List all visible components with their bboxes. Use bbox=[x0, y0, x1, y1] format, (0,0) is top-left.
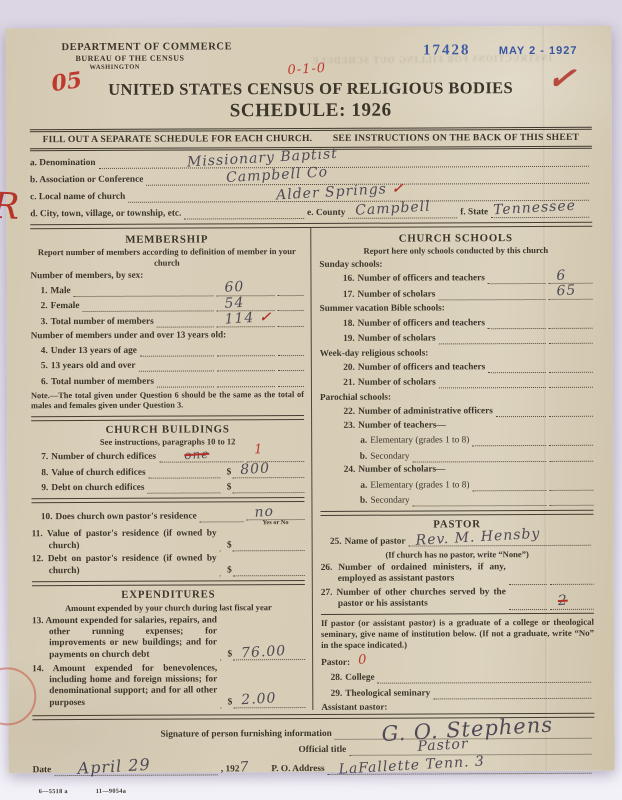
date-value: April 29 bbox=[77, 756, 151, 779]
question-label: Elementary (grades 1 to 8) bbox=[370, 436, 469, 447]
question-label: Number of officers and teachers bbox=[358, 318, 485, 330]
answer-tail bbox=[278, 343, 304, 356]
question-number: 25. bbox=[321, 536, 342, 547]
dollar-sign: $ bbox=[227, 540, 232, 551]
members-by-sex-label: Number of members, by sex: bbox=[30, 269, 303, 281]
question-label: Debt on church edifices bbox=[51, 483, 144, 494]
pastor-graduate-row: Pastor: 0 bbox=[321, 652, 594, 669]
question-number: 24. bbox=[334, 465, 355, 476]
question-number: 4. bbox=[31, 346, 48, 357]
question-label: Does church own pastor's residence bbox=[55, 512, 196, 524]
q22-row: 22. Number of administrative officers bbox=[320, 404, 593, 418]
question-number: 23. bbox=[334, 421, 355, 432]
association-row: b. Association or Conference Campbell Co bbox=[30, 170, 592, 185]
dollar-sign: $ bbox=[227, 467, 232, 478]
dotted-leader bbox=[220, 563, 221, 576]
section-divider bbox=[31, 497, 304, 503]
question-label: 26. Number of ordained ministers, if any… bbox=[321, 562, 506, 585]
church-name-label: c. Local name of church bbox=[30, 191, 125, 202]
denomination-field: Missionary Baptist bbox=[99, 153, 589, 168]
q9-debt-row: 9. Debt on church edifices $ bbox=[31, 480, 304, 494]
received-date-stamp: MAY 2 - 1927 bbox=[499, 45, 578, 58]
scanned-census-form-photo: R INSTRUCTIONS FOR FILLING OUT SCHEDULE … bbox=[0, 0, 622, 800]
question-label: Number of officers and teachers bbox=[358, 362, 485, 374]
question-number: 21. bbox=[334, 378, 355, 389]
q16-value: 6 bbox=[556, 267, 567, 284]
dotted-leader bbox=[220, 695, 221, 708]
question-label: Male bbox=[51, 286, 71, 297]
question-number: 22. bbox=[334, 407, 355, 418]
money-answer: $800 bbox=[224, 465, 305, 478]
serial-number-stamp: 17428 bbox=[423, 42, 471, 60]
q24b-row: b. Secondary bbox=[320, 493, 593, 507]
question-number: 17. bbox=[334, 290, 355, 301]
q1-male-row: 1. Male 60 bbox=[30, 283, 303, 297]
association-label: b. Association or Conference bbox=[30, 174, 143, 185]
question-number: 28. bbox=[321, 673, 342, 684]
church-schools-subheading: Report here only schools conducted by th… bbox=[319, 245, 592, 257]
dollar-sign: $ bbox=[227, 483, 232, 494]
money-answer: $76.00 bbox=[224, 647, 305, 660]
dotted-leader bbox=[438, 287, 545, 300]
dollar-sign: $ bbox=[227, 650, 232, 661]
answer-field: 65 bbox=[549, 287, 593, 300]
dotted-leader bbox=[82, 299, 213, 313]
dotted-leader bbox=[413, 493, 547, 507]
dotted-leader bbox=[496, 404, 546, 417]
q8-value: 800 bbox=[240, 461, 271, 479]
question-number: 9. bbox=[31, 483, 48, 494]
dotted-leader bbox=[157, 374, 214, 387]
answer-tail bbox=[278, 314, 304, 327]
section-divider bbox=[31, 415, 304, 421]
answer-field: 800 bbox=[232, 465, 304, 478]
membership-subheading: Report number of members according to de… bbox=[30, 246, 303, 268]
question-number: b. bbox=[350, 452, 367, 463]
q3-value: 114 ✓ bbox=[224, 309, 272, 328]
church-buildings-heading: CHURCH BUILDINGS bbox=[31, 423, 304, 437]
dotted-leader bbox=[488, 360, 546, 373]
answer-tail bbox=[277, 283, 303, 296]
q27-value-struck: 2 bbox=[557, 593, 568, 610]
form-numbers: 6—5518 a 11—9054a bbox=[39, 787, 152, 795]
question-label: Number of scholars bbox=[358, 289, 436, 300]
date-label: Date bbox=[33, 765, 52, 776]
question-label: 11. Value of pastor's residence (if owne… bbox=[32, 529, 217, 552]
q23a-row: a. Elementary (grades 1 to 8) bbox=[320, 433, 593, 447]
question-number: 10. bbox=[31, 512, 52, 523]
question-label: Secondary bbox=[370, 496, 409, 507]
dotted-leader bbox=[140, 343, 214, 356]
q24-row: 24. Number of scholars— bbox=[320, 464, 593, 476]
q6-total-row: 6. Total number of members bbox=[31, 374, 304, 388]
answer-field bbox=[549, 433, 593, 446]
question-label: Number of scholars bbox=[358, 378, 436, 389]
identification-fields: a. Denomination Missionary Baptist b. As… bbox=[30, 153, 592, 219]
answer-field bbox=[549, 449, 593, 462]
answer-field bbox=[549, 360, 593, 373]
answer-field bbox=[217, 343, 275, 356]
answer-tail bbox=[278, 374, 304, 387]
question-label: Number of teachers— bbox=[358, 420, 446, 431]
q2-value: 54 bbox=[224, 294, 245, 312]
question-number: a. bbox=[350, 481, 367, 492]
state-label: f. State bbox=[460, 207, 488, 218]
question-label: Number of scholars bbox=[358, 334, 436, 345]
q5-over13-row: 5. 13 years old and over bbox=[31, 358, 304, 372]
question-label: Number of scholars— bbox=[358, 465, 445, 476]
q14-benevolences-row: 14. Amount expended for benevolences, in… bbox=[32, 663, 305, 710]
question-number: 5. bbox=[31, 361, 48, 372]
q27-row: 27. Number of other churches served by t… bbox=[321, 587, 594, 611]
question-label: Female bbox=[51, 301, 80, 312]
q13-salaries-row: 13. Amount expended for salaries, repair… bbox=[32, 615, 305, 662]
date-year-digit: 7 bbox=[239, 759, 250, 776]
q17-value: 65 bbox=[556, 283, 577, 301]
question-label: Number of officers and teachers bbox=[357, 274, 484, 286]
date-address-row: Date April 29 , 192 7 P. O. Address LaFa… bbox=[33, 757, 595, 776]
q16-row: 16. Number of officers and teachers 6 bbox=[319, 271, 592, 285]
form-title: UNITED STATES CENSUS OF RELIGIOUS BODIES bbox=[30, 78, 592, 100]
answer-field bbox=[233, 538, 305, 551]
q24a-row: a. Elementary (grades 1 to 8) bbox=[320, 478, 593, 492]
dotted-leader bbox=[139, 358, 214, 371]
q18-row: 18. Number of officers and teachers bbox=[320, 315, 593, 329]
answer-field bbox=[549, 331, 593, 344]
question-number: 6. bbox=[31, 377, 48, 388]
form-subtitle: SCHEDULE: 1926 bbox=[30, 99, 592, 124]
state-field: Tennessee bbox=[491, 204, 589, 217]
dotted-leader bbox=[509, 572, 547, 585]
q17-row: 17. Number of scholars 65 bbox=[320, 287, 593, 301]
q26-row: 26. Number of ordained ministers, if any… bbox=[321, 562, 594, 586]
answer-tail bbox=[278, 358, 304, 371]
q25-note: (If church has no pastor, write “None”) bbox=[321, 549, 594, 561]
question-number: 18. bbox=[334, 318, 355, 329]
question-number: 2. bbox=[31, 301, 48, 312]
question-label: Number of church edifices bbox=[51, 452, 156, 463]
red-handwritten-number: 05 bbox=[50, 68, 84, 98]
answer-field bbox=[550, 571, 594, 584]
form-number-1: 6—5518 a bbox=[39, 788, 68, 795]
answer-field bbox=[549, 493, 593, 506]
q8-value-row: 8. Value of church edifices $800 bbox=[31, 465, 304, 479]
dotted-leader bbox=[488, 271, 546, 284]
membership-note: Note.—The total given under Question 6 s… bbox=[31, 390, 304, 412]
official-title-label: Official title bbox=[299, 745, 347, 756]
answer-field bbox=[549, 478, 593, 491]
expenditures-heading: EXPENDITURES bbox=[32, 588, 305, 602]
yes-or-no-caption: Yes or No bbox=[247, 519, 305, 527]
red-margin-letter: R bbox=[0, 186, 20, 228]
date-field: April 29 bbox=[54, 763, 218, 777]
question-label: 13 years old and over bbox=[51, 361, 136, 372]
question-number: b. bbox=[350, 496, 367, 507]
form-number-2: 11—9054a bbox=[96, 787, 126, 794]
graduate-instruction: If pastor (or assistant pastor) is a gra… bbox=[321, 617, 594, 651]
dotted-leader bbox=[439, 331, 546, 344]
money-answer: $ bbox=[224, 563, 305, 576]
official-title-value: Pastor bbox=[417, 736, 469, 755]
red-check-mark: ✓ bbox=[259, 310, 273, 326]
q7-red-value: 1 bbox=[254, 442, 264, 458]
answer-field: 76.00 bbox=[233, 647, 305, 660]
question-number: 19. bbox=[334, 334, 355, 345]
pastor-graduate-mark: 0 bbox=[358, 653, 368, 669]
q7-value-struck: one bbox=[184, 447, 210, 463]
q23b-row: b. Secondary bbox=[320, 449, 593, 463]
address-value: LaFallette Tenn. 3 bbox=[338, 753, 485, 778]
expenditures-subheading: Amount expended by your church during la… bbox=[32, 602, 305, 614]
q3-total-row: 3. Total number of members 114 ✓ bbox=[31, 314, 304, 328]
dollar-sign: $ bbox=[227, 565, 232, 576]
left-column: MEMBERSHIP Report number of members acco… bbox=[30, 228, 313, 711]
question-number: 20. bbox=[334, 363, 355, 374]
question-number: 1. bbox=[31, 286, 48, 297]
state-value: Tennessee bbox=[493, 198, 577, 219]
q21-row: 21. Number of scholars bbox=[320, 375, 593, 389]
answer-field bbox=[232, 480, 304, 493]
church-schools-heading: CHURCH SCHOOLS bbox=[319, 231, 592, 245]
question-label: Theological seminary bbox=[345, 688, 430, 699]
question-number: 29. bbox=[321, 688, 342, 699]
city-label: d. City, town, village, or township, etc… bbox=[30, 208, 181, 220]
dotted-leader: one bbox=[159, 450, 243, 463]
answer-field bbox=[217, 374, 275, 387]
q20-row: 20. Number of officers and teachers bbox=[320, 360, 593, 374]
answer-field: 2.00 bbox=[233, 695, 305, 708]
address-field: LaFallette Tenn. 3 bbox=[328, 761, 592, 775]
question-label: College bbox=[345, 673, 374, 684]
question-label: 14. Amount expended for benevolences, in… bbox=[32, 663, 217, 709]
pastor-graduate-label: Pastor: bbox=[321, 657, 350, 668]
denomination-label: a. Denomination bbox=[30, 158, 96, 169]
answer-field bbox=[549, 404, 593, 417]
q28-row: 28. College bbox=[321, 670, 594, 684]
membership-heading: MEMBERSHIP bbox=[30, 233, 303, 247]
q19-row: 19. Number of scholars bbox=[320, 331, 593, 345]
county-field: Campbell bbox=[348, 205, 457, 218]
question-number: 3. bbox=[31, 317, 48, 328]
question-label: Under 13 years of age bbox=[51, 345, 137, 356]
county-label: e. County bbox=[307, 208, 345, 219]
q23-row: 23. Number of teachers— bbox=[320, 420, 593, 432]
answer-field: 2 bbox=[550, 597, 594, 610]
dotted-leader bbox=[220, 538, 221, 551]
answer-field: 60 bbox=[216, 283, 274, 296]
assistant-pastor-label: Assistant pastor: bbox=[321, 701, 594, 711]
dotted-leader bbox=[149, 465, 221, 478]
county-value: Campbell bbox=[354, 199, 430, 220]
address-label: P. O. Address bbox=[271, 764, 324, 775]
dotted-leader bbox=[378, 670, 592, 684]
dotted-leader bbox=[200, 510, 244, 523]
question-label: Elementary (grades 1 to 8) bbox=[370, 480, 469, 491]
q11-residence-value-row: 11. Value of pastor's residence (if owne… bbox=[32, 528, 305, 552]
question-number: 16. bbox=[333, 274, 354, 285]
answer-field bbox=[217, 358, 275, 371]
signature-label: Signature of person furnishing informati… bbox=[160, 729, 331, 741]
dotted-leader bbox=[488, 316, 546, 329]
weekday-schools-label: Week-day religious schools: bbox=[320, 346, 593, 358]
question-label: Name of pastor bbox=[345, 536, 406, 547]
dotted-leader bbox=[509, 597, 547, 610]
q10-residence-row: 10. Does church own pastor's residence n… bbox=[31, 507, 304, 523]
members-by-age-label: Number of members under and over 13 year… bbox=[31, 329, 304, 341]
summer-bible-schools-label: Summer vacation Bible schools: bbox=[320, 302, 593, 314]
answer-tail bbox=[278, 298, 304, 311]
section-divider bbox=[32, 580, 305, 586]
question-label: Number of administrative officers bbox=[358, 407, 493, 419]
parochial-schools-label: Parochial schools: bbox=[320, 391, 593, 403]
right-column: CHURCH SCHOOLS Report here only schools … bbox=[311, 226, 594, 709]
answer-field bbox=[233, 563, 305, 576]
dotted-leader bbox=[157, 314, 214, 327]
question-label: Total number of members bbox=[51, 376, 154, 387]
q15-value: ✓ 78.00 bbox=[241, 709, 304, 711]
city-county-state-row: d. City, town, village, or township, etc… bbox=[30, 204, 592, 219]
red-check-mark: ✓ bbox=[391, 181, 405, 197]
dollar-sign: $ bbox=[228, 697, 233, 708]
q4-under13-row: 4. Under 13 years of age bbox=[31, 343, 304, 357]
red-handwritten-code: 0-1-0 bbox=[287, 61, 326, 78]
signature-block: Signature of person furnishing informati… bbox=[32, 721, 594, 776]
city-field bbox=[184, 206, 304, 220]
money-answer: $ bbox=[224, 538, 305, 551]
question-number: a. bbox=[350, 436, 367, 447]
question-number: 8. bbox=[31, 468, 48, 479]
q14-value: 2.00 bbox=[241, 691, 277, 709]
question-number: 7. bbox=[31, 452, 48, 463]
dotted-leader bbox=[147, 481, 220, 494]
dotted-leader bbox=[220, 648, 221, 661]
answer-field: noYes or No bbox=[246, 507, 304, 520]
q12-residence-debt-row: 12. Debt on pastor's residence (if owned… bbox=[32, 553, 305, 577]
q10-value: no bbox=[254, 503, 274, 521]
dotted-leader bbox=[412, 449, 546, 463]
pastor-name-field: Rev. M. Hensby bbox=[409, 533, 591, 547]
red-circular-stamp-fragment bbox=[0, 667, 36, 725]
question-label: Value of church edifices bbox=[51, 468, 145, 479]
question-label: Total number of members bbox=[51, 316, 154, 327]
banner-text-right: SEE INSTRUCTIONS ON THE BACK OF THIS SHE… bbox=[333, 132, 579, 144]
money-answer: $2.00 bbox=[225, 695, 306, 708]
signature-row: Signature of person furnishing informati… bbox=[160, 721, 594, 740]
sunday-schools-label: Sunday schools: bbox=[319, 258, 592, 270]
section-divider bbox=[321, 613, 594, 615]
question-label: Secondary bbox=[370, 451, 409, 462]
dotted-leader bbox=[472, 478, 546, 491]
section-divider bbox=[320, 510, 593, 516]
q13-value: 76.00 bbox=[241, 643, 287, 662]
answer-field: 114 ✓ bbox=[217, 314, 275, 327]
answer-field bbox=[549, 315, 593, 328]
question-label: 27. Number of other churches served by t… bbox=[321, 587, 506, 610]
money-answer: $ bbox=[224, 480, 305, 493]
answer-field bbox=[549, 375, 593, 388]
date-year-printed: , 192 bbox=[221, 765, 240, 776]
q25-pastor-name-row: 25. Name of pastor Rev. M. Hensby bbox=[321, 533, 594, 547]
paper-sheet: R INSTRUCTIONS FOR FILLING OUT SCHEDULE … bbox=[5, 26, 614, 774]
dotted-leader bbox=[74, 283, 214, 297]
dotted-leader bbox=[439, 375, 546, 388]
banner-text-left: FILL OUT A SEPARATE SCHEDULE FOR EACH CH… bbox=[43, 133, 313, 145]
dotted-leader bbox=[433, 685, 591, 699]
q29-row: 29. Theological seminary bbox=[321, 685, 594, 699]
official-title-row: Official title Pastor bbox=[298, 741, 594, 755]
question-label: 13. Amount expended for salaries, repair… bbox=[32, 615, 217, 661]
question-label: 12. Debt on pastor's residence (if owned… bbox=[32, 554, 217, 577]
dotted-leader bbox=[472, 433, 546, 446]
